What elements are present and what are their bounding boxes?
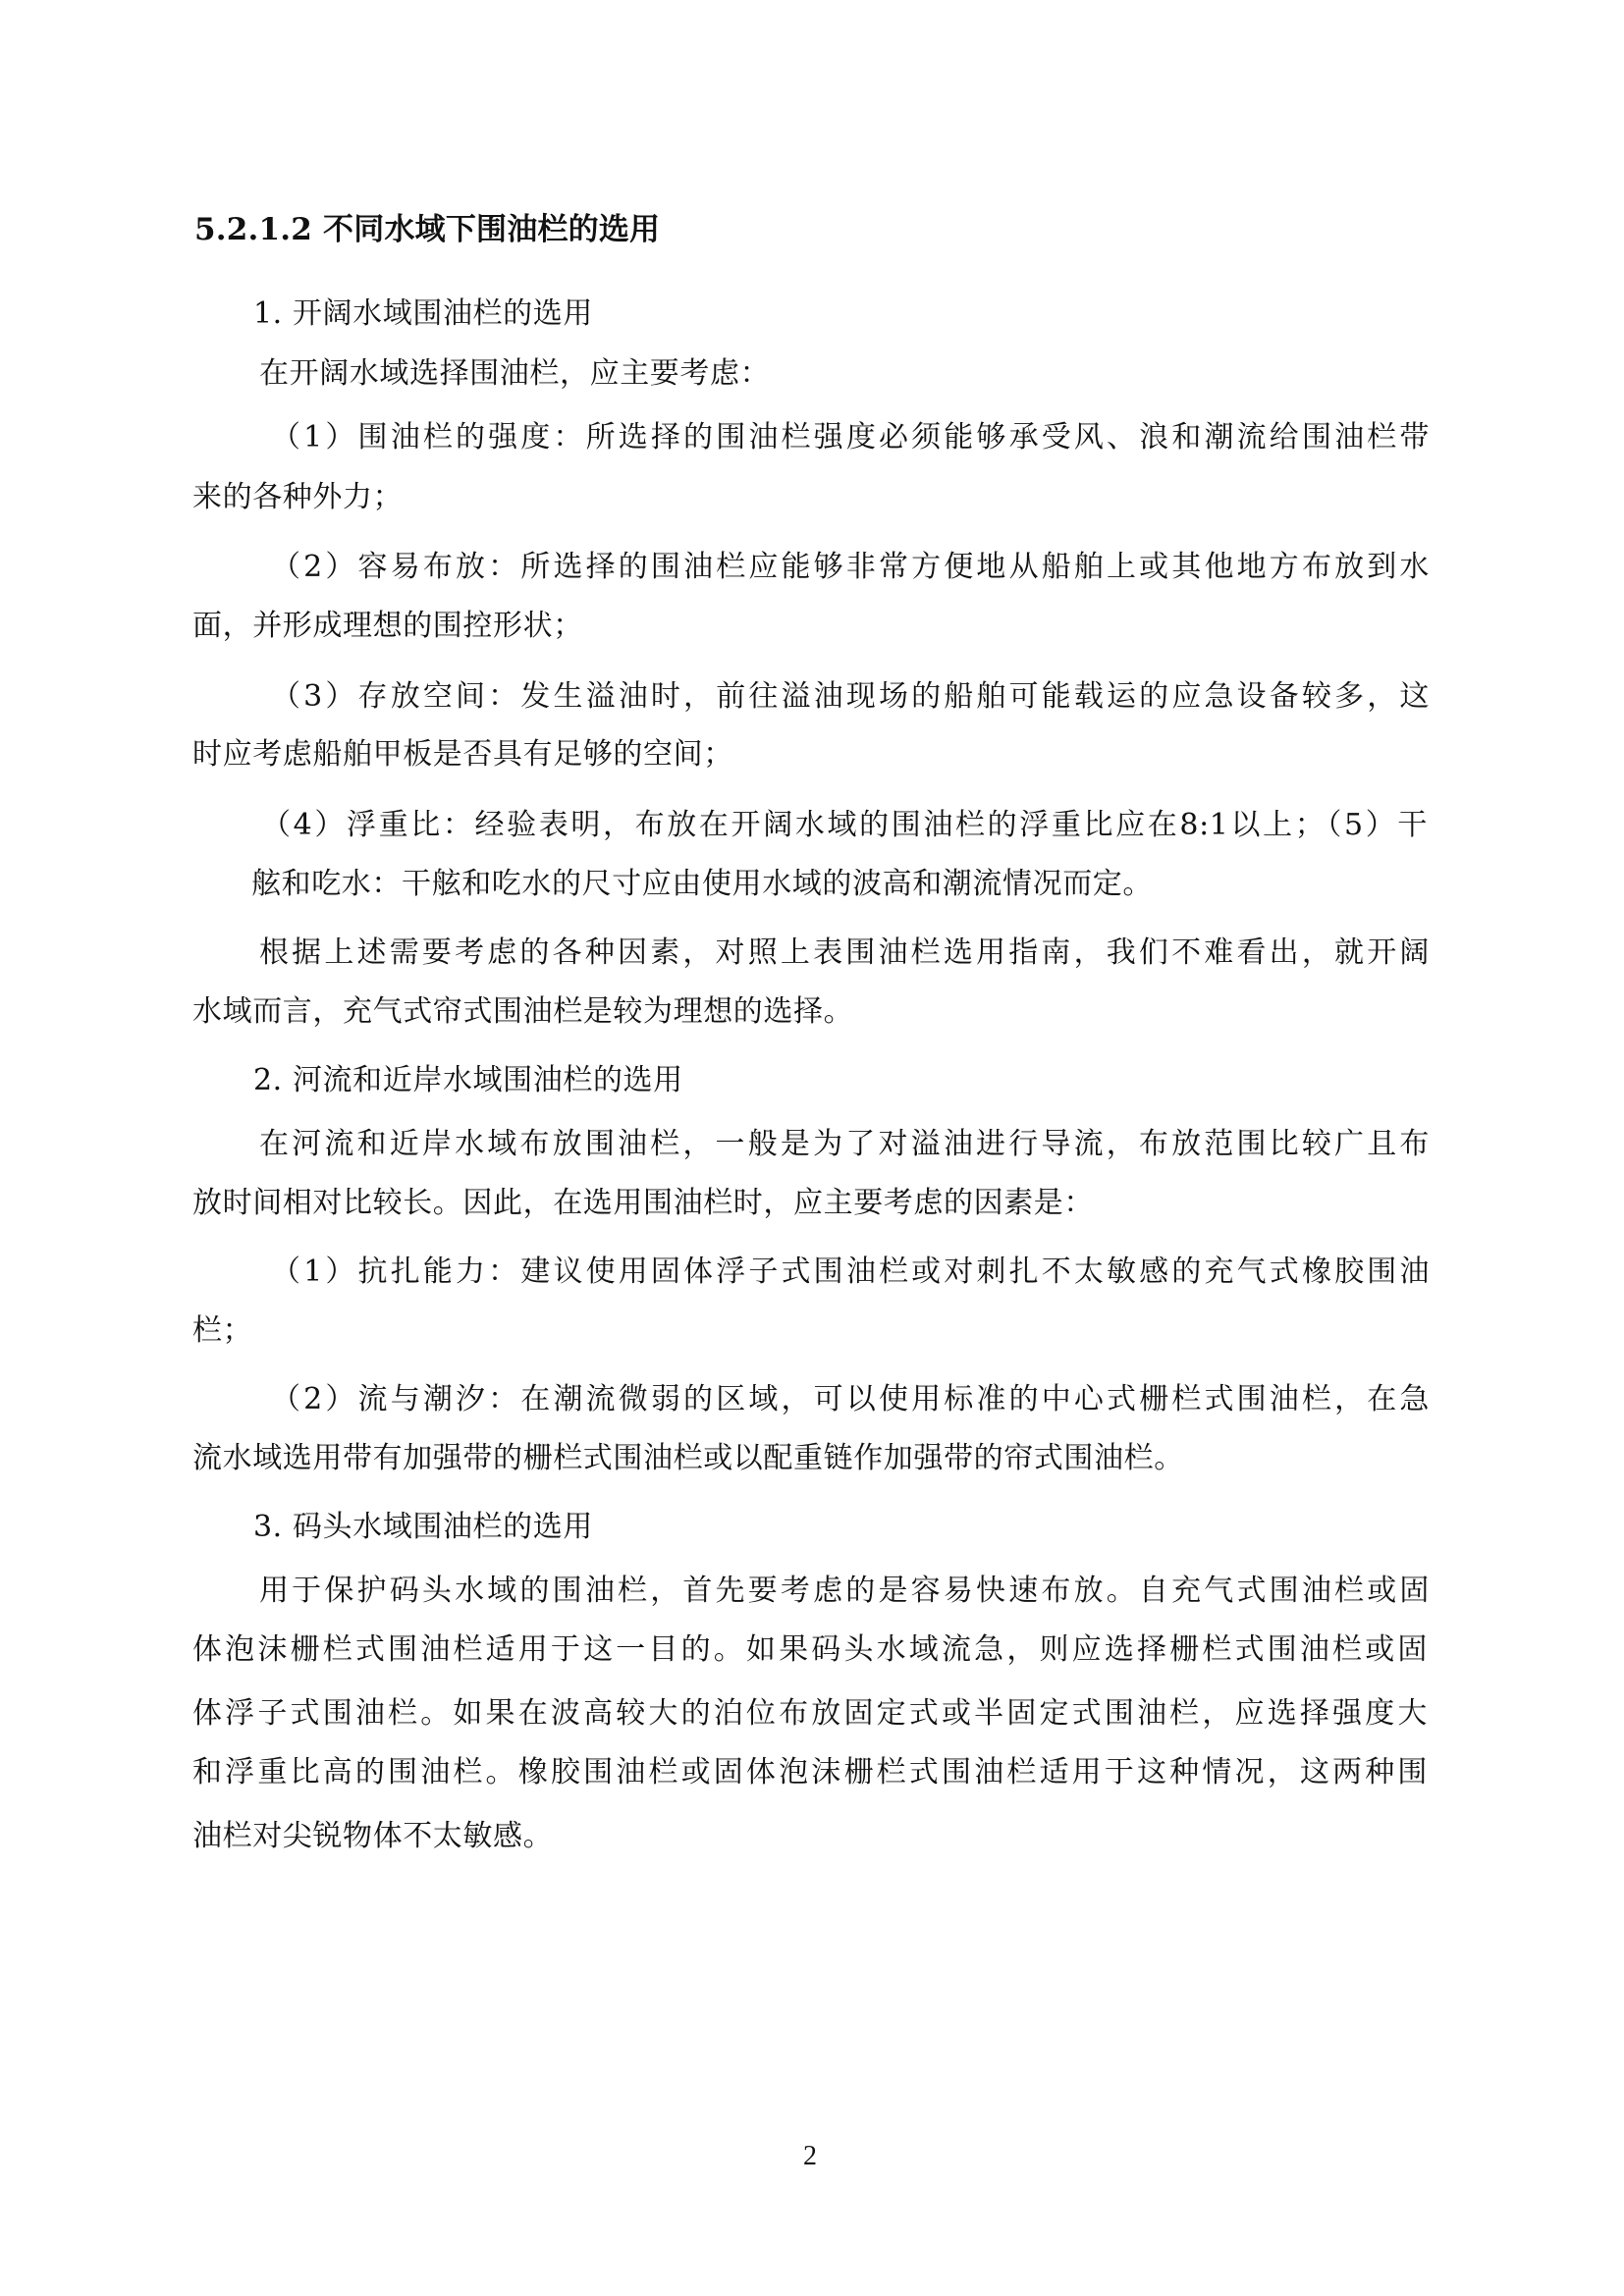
- paragraph-wharf-line5: 油栏对尖锐物体不太敏感。: [192, 1819, 553, 1854]
- list-item-deploy-line2: 面，并形成理想的围控形状；: [192, 609, 583, 644]
- list-item-puncture-line1: （1）抗扎能力：建议使用固体浮子式围油栏或对刺扎不太敏感的充气式橡胶围油: [194, 1255, 1430, 1290]
- paragraph-conclusion-line2: 水域而言，充气式帘式围油栏是较为理想的选择。: [192, 994, 853, 1030]
- subsection-title-wharf: 3. 码头水域围油栏的选用: [253, 1510, 593, 1545]
- list-item-puncture-line2: 栏；: [192, 1313, 252, 1349]
- paragraph-wharf-line3: 体浮子式围油栏。如果在波高较大的泊位布放固定式或半固定式围油栏，应选择强度大: [192, 1696, 1428, 1732]
- subsection-title-open-water: 1. 开阔水域围油栏的选用: [253, 296, 593, 332]
- list-item-strength-line1: （1）围油栏的强度：所选择的围油栏强度必须能够承受风、浪和潮流给围油栏带: [194, 420, 1430, 455]
- paragraph-wharf-line1: 用于保护码头水域的围油栏，首先要考虑的是容易快速布放。自充气式围油栏或固: [194, 1574, 1430, 1609]
- list-item-current-tide-line1: （2）流与潮汐：在潮流微弱的区域，可以使用标准的中心式栅栏式围油栏，在急: [194, 1382, 1430, 1417]
- document-page: 5.2.1.2 不同水域下围油栏的选用 1. 开阔水域围油栏的选用 在开阔水域选…: [0, 0, 1624, 2296]
- paragraph-intro-river-line2: 放时间相对比较长。因此，在选用围油栏时，应主要考虑的因素是：: [192, 1186, 1094, 1221]
- paragraph-intro-river-line1: 在河流和近岸水域布放围油栏，一般是为了对溢油进行导流，布放范围比较广且布: [194, 1127, 1430, 1162]
- paragraph-intro-open-water: 在开阔水域选择围油栏，应主要考虑：: [259, 356, 770, 392]
- list-item-deploy-line1: （2）容易布放：所选择的围油栏应能够非常方便地从船舶上或其他地方布放到水: [194, 550, 1430, 585]
- list-item-current-tide-line2: 流水域选用带有加强带的栅栏式围油栏或以配重链作加强带的帘式围油栏。: [192, 1441, 1184, 1476]
- paragraph-wharf-line2: 体泡沫栅栏式围油栏适用于这一目的。如果码头水域流急，则应选择栅栏式围油栏或固: [192, 1632, 1428, 1668]
- page-number: 2: [803, 2141, 817, 2172]
- list-item-strength-line2: 来的各种外力；: [192, 480, 403, 515]
- section-heading: 5.2.1.2 不同水域下围油栏的选用: [194, 212, 660, 247]
- paragraph-wharf-line4: 和浮重比高的围油栏。橡胶围油栏或固体泡沫栅栏式围油栏适用于这种情况，这两种围: [192, 1755, 1428, 1790]
- list-item-buoyancy-line2: 舷和吃水：干舷和吃水的尺寸应由使用水域的波高和潮流情况而定。: [251, 867, 1153, 902]
- list-item-buoyancy-line1: （4）浮重比：经验表明，布放在开阔水域的围油栏的浮重比应在8:1以上；（5）干: [194, 808, 1428, 843]
- subsection-title-river-coastal: 2. 河流和近岸水域围油栏的选用: [253, 1063, 683, 1098]
- paragraph-conclusion-line1: 根据上述需要考虑的各种因素，对照上表围油栏选用指南，我们不难看出，就开阔: [194, 935, 1430, 971]
- list-item-storage-line2: 时应考虑船舶甲板是否具有足够的空间；: [192, 737, 733, 773]
- list-item-storage-line1: （3）存放空间：发生溢油时，前往溢油现场的船舶可能载运的应急设备较多，这: [194, 679, 1430, 715]
